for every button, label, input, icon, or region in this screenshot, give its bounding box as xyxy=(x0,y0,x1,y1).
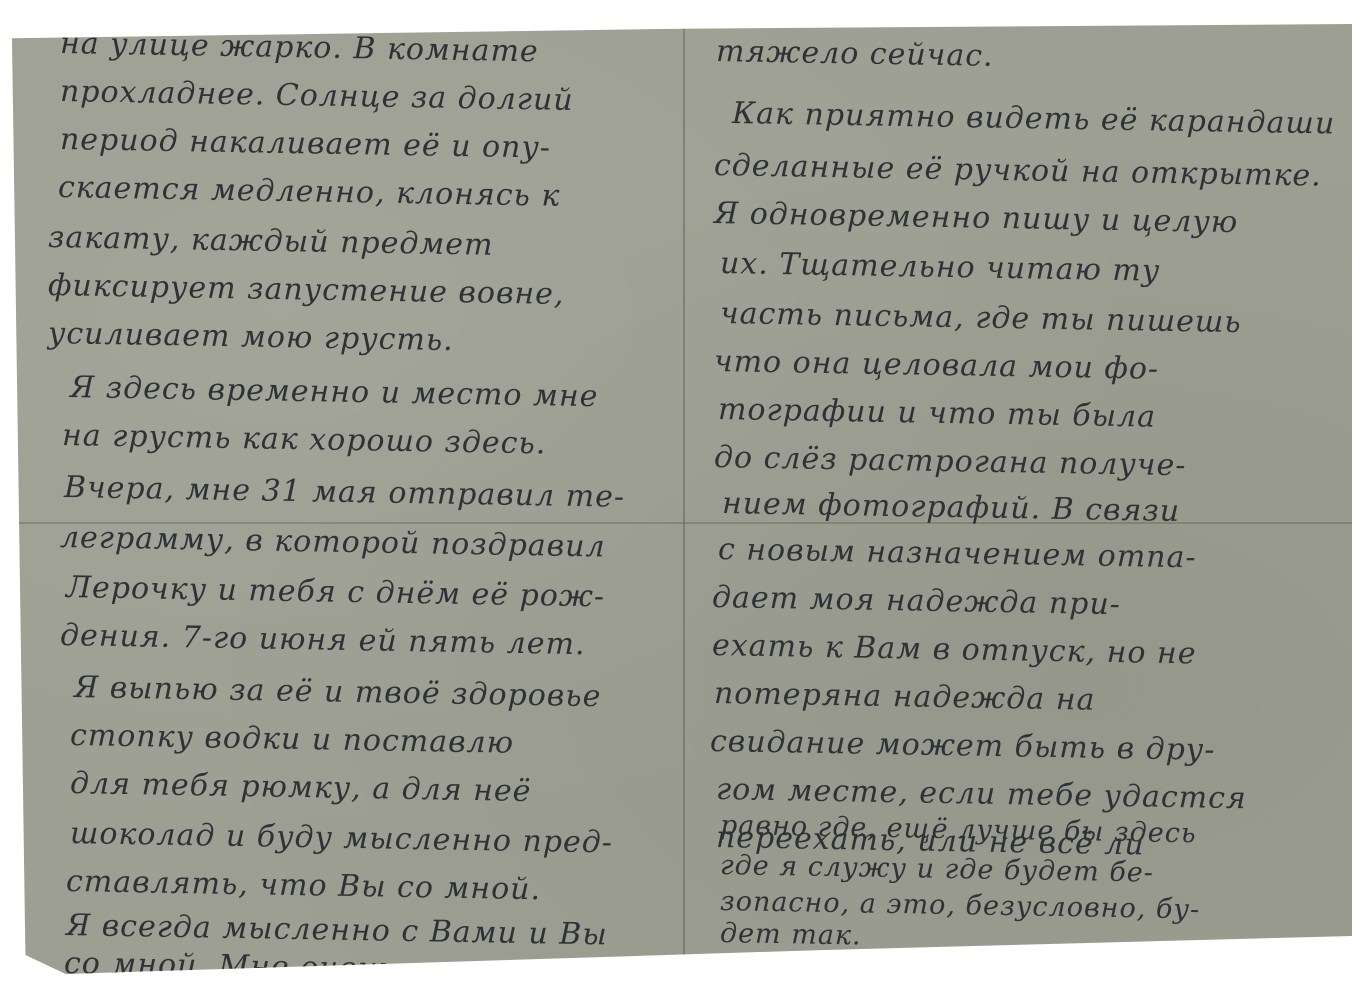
letter-line: период накаливает её и опу- xyxy=(60,122,552,166)
left-page: на улице жарко. В комнате прохладнее. Со… xyxy=(12,24,682,974)
letter-line: дает моя надежда при- xyxy=(712,580,1121,622)
letter-line: ставлять, что Вы со мной. xyxy=(66,864,542,907)
letter-line: Лерочку и тебя с днём её рож- xyxy=(66,570,606,614)
letter-line: до слёз растрогана получе- xyxy=(714,440,1187,483)
letter-line: тографии и что ты была xyxy=(718,392,1157,435)
letter-line: скается медленно, клонясь к xyxy=(58,170,561,214)
letter-line: на грусть как хорошо здесь. xyxy=(62,418,547,461)
letter-line: гом месте, если тебе удастся xyxy=(716,772,1247,816)
letter-line: сделанные её ручкой на открытке. xyxy=(714,148,1322,194)
letter-line: со мной. Мне очень грустно и xyxy=(64,946,580,990)
letter-line: потеряна надежда на xyxy=(714,676,1096,718)
letter-line: на улице жарко. В комнате xyxy=(60,26,539,69)
letter-line: нием фотографий. В связи xyxy=(722,486,1181,529)
letter-line: фиксирует запустение вовне, xyxy=(48,268,565,312)
letter-line: где я служу и где будет бе- xyxy=(720,850,1154,889)
letter-line: стопку водки и поставлю xyxy=(70,718,515,761)
letter-line: их. Тщательно читаю ту xyxy=(720,246,1161,289)
letter-line: Я одновременно пишу и целую xyxy=(714,196,1239,240)
letter-line: Я здесь временно и место мне xyxy=(70,370,599,414)
letter-line: дет так. xyxy=(720,918,862,951)
right-page: тяжело сейчас. Как приятно видеть её кар… xyxy=(684,24,1354,974)
letter-line: что она целовала мои фо- xyxy=(714,344,1160,387)
letter-line: усиливает мою грусть. xyxy=(48,316,454,358)
letter-line: Я всегда мысленно с Вами и Вы xyxy=(66,908,608,952)
letter-line: Вчера, мне 31 мая отправил те- xyxy=(64,470,626,515)
letter-line: Нового адреса я ещё не знаю xyxy=(794,948,1247,987)
letter-line: Как приятно видеть её карандаши xyxy=(732,96,1336,142)
letter-line: шоколад и буду мысленно пред- xyxy=(70,816,614,860)
letter-line: Я выпью за её и твоё здоровье xyxy=(74,670,602,714)
letter-line: дения. 7-го июня ей пять лет. xyxy=(60,618,586,662)
letter-line: тяжело сейчас. xyxy=(716,34,994,74)
letter-line: прохладнее. Солнце за долгий xyxy=(60,74,574,118)
letter-line: леграмму, в которой поздравил xyxy=(60,520,606,565)
letter-line: часть письма, где ты пишешь xyxy=(720,296,1242,340)
letter-sheet: на улице жарко. В комнате прохладнее. Со… xyxy=(12,24,1352,974)
letter-line: свидание может быть в дру- xyxy=(710,724,1216,768)
letter-line: с новым назначением отпа- xyxy=(718,532,1197,575)
letter-line: закату, каждый предмет xyxy=(48,220,494,263)
letter-line: для тебя рюмку, а для неё xyxy=(70,766,532,809)
letter-line: ехать к Вам в отпуск, но не xyxy=(712,628,1197,671)
